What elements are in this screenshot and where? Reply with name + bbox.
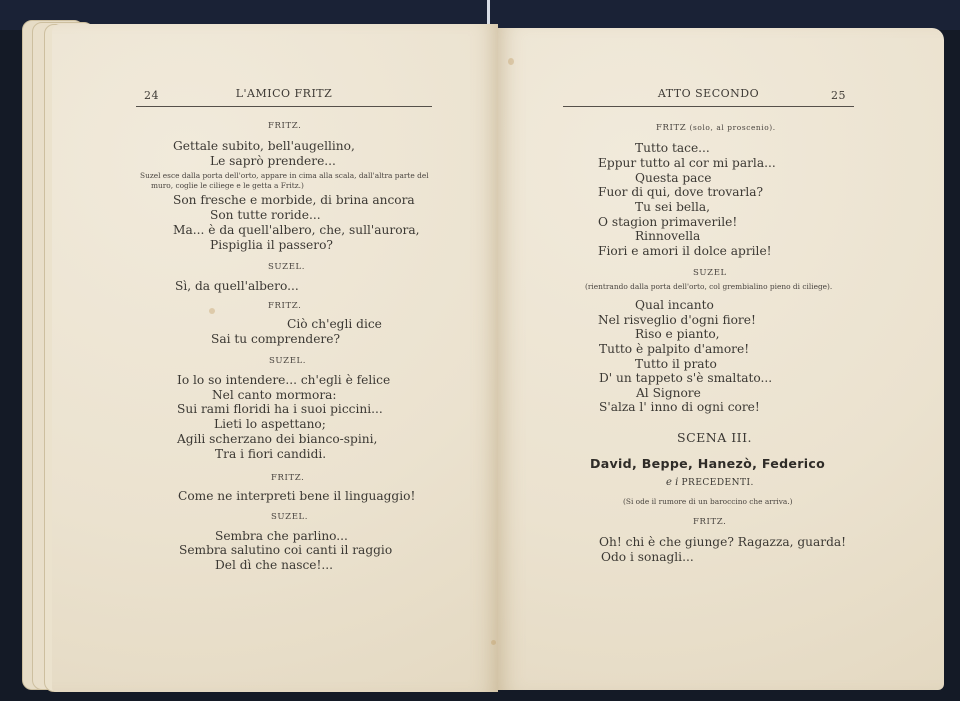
verse-line: D' un tappeto s'è smaltato... <box>599 371 772 386</box>
verse-line: Ciò ch'egli dice <box>287 317 382 332</box>
verse-line: Ma... è da quell'albero, che, sull'auror… <box>173 223 420 238</box>
cast-sub-text: PRECEDENTI. <box>681 478 753 488</box>
verse-line: Fuor di qui, dove trovarla? <box>598 185 763 200</box>
verse-line: Al Signore <box>636 386 701 401</box>
verse-line: Oh! chi è che giunge? Ragazza, guarda! <box>599 535 846 550</box>
stage-direction: muro, coglie le ciliege e le getta a Fri… <box>151 181 304 191</box>
speaker-label: FRITZ (solo, al proscenio). <box>656 123 776 133</box>
speaker-label: SUZEL. <box>271 512 308 522</box>
verse-line: Nel risveglio d'ogni fiore! <box>598 313 756 328</box>
verse-line: S'alza l' inno di ogni core! <box>599 400 760 415</box>
verse-line: Io lo so intendere... ch'egli è felice <box>177 373 390 388</box>
stage-direction: Suzel esce dalla porta dell'orto, appare… <box>140 171 429 181</box>
verse-line: Le saprò prendere... <box>210 154 336 169</box>
verse-line: Sembra che parlino... <box>215 529 348 544</box>
verse-line: Questa pace <box>635 171 711 186</box>
speaker-label: SUZEL. <box>269 356 306 366</box>
foxing-spot <box>209 308 215 314</box>
verse-line: Odo i sonagli... <box>601 550 694 565</box>
verse-line: Sui rami floridi ha i suoi piccini... <box>177 402 383 417</box>
verse-line: Eppur tutto al cor mi parla... <box>598 156 776 171</box>
verse-line: O stagion primaverile! <box>598 215 737 230</box>
verse-line: Tutto è palpito d'amore! <box>599 342 749 357</box>
speaker-label: SUZEL. <box>268 262 305 272</box>
speaker-label: FRITZ. <box>693 517 726 527</box>
page-number: 25 <box>831 89 846 102</box>
verse-line: Tutto tace... <box>635 141 710 156</box>
verse-line: Come ne interpreti bene il linguaggio! <box>178 489 415 504</box>
verse-line: Qual incanto <box>635 298 714 313</box>
stage-direction: (Si ode il rumore di un baroccino che ar… <box>623 497 793 507</box>
verse-line: Sai tu comprendere? <box>211 332 340 347</box>
running-header-left: 24 L'AMICO FRITZ <box>136 86 432 107</box>
verse-line: Tu sei bella, <box>635 200 710 215</box>
speaker-label: SUZEL <box>693 268 727 278</box>
verse-line: Pispiglia il passero? <box>210 238 333 253</box>
running-header-right: ATTO SECONDO 25 <box>563 86 854 107</box>
speaker-label: FRITZ. <box>268 301 301 311</box>
verse-line: Sembra salutino coi canti il raggio <box>179 543 392 558</box>
verse-line: Tra i fiori candidi. <box>215 447 326 462</box>
speaker-label: FRITZ. <box>268 121 301 131</box>
cast-sub: e i PRECEDENTI. <box>666 475 754 491</box>
foxing-spot <box>491 640 496 645</box>
verse-line: Sì, da quell'albero... <box>175 279 299 294</box>
speaker-label: FRITZ. <box>271 473 304 483</box>
verse-line: Lieti lo aspettano; <box>214 417 326 432</box>
verse-line: Son tutte roride... <box>210 208 321 223</box>
verse-line: Rinnovella <box>635 229 700 244</box>
running-title: L'AMICO FRITZ <box>136 87 432 100</box>
cast-sub-italic: e i <box>666 477 678 488</box>
verse-line: Fiori e amori il dolce aprile! <box>598 244 772 259</box>
cast-list: David, Beppe, Hanezò, Federico <box>590 456 825 471</box>
verse-line: Nel canto mormora: <box>212 388 337 403</box>
verse-line: Del dì che nasce!... <box>215 558 333 573</box>
stage-direction: (rientrando dalla porta dell'orto, col g… <box>585 282 832 292</box>
verse-line: Tutto il prato <box>635 357 717 372</box>
stage-direction: (solo, al proscenio). <box>690 123 776 132</box>
verse-line: Riso e pianto, <box>635 327 720 342</box>
scene-heading: SCENA III. <box>677 430 752 445</box>
verse-line: Agili scherzano dei bianco-spini, <box>177 432 377 447</box>
speaker-name: FRITZ <box>656 123 686 133</box>
verse-line: Gettale subito, bell'augellino, <box>173 139 355 154</box>
verse-line: Son fresche e morbide, di brina ancora <box>173 193 415 208</box>
running-title: ATTO SECONDO <box>563 87 854 100</box>
foxing-spot <box>508 58 514 65</box>
